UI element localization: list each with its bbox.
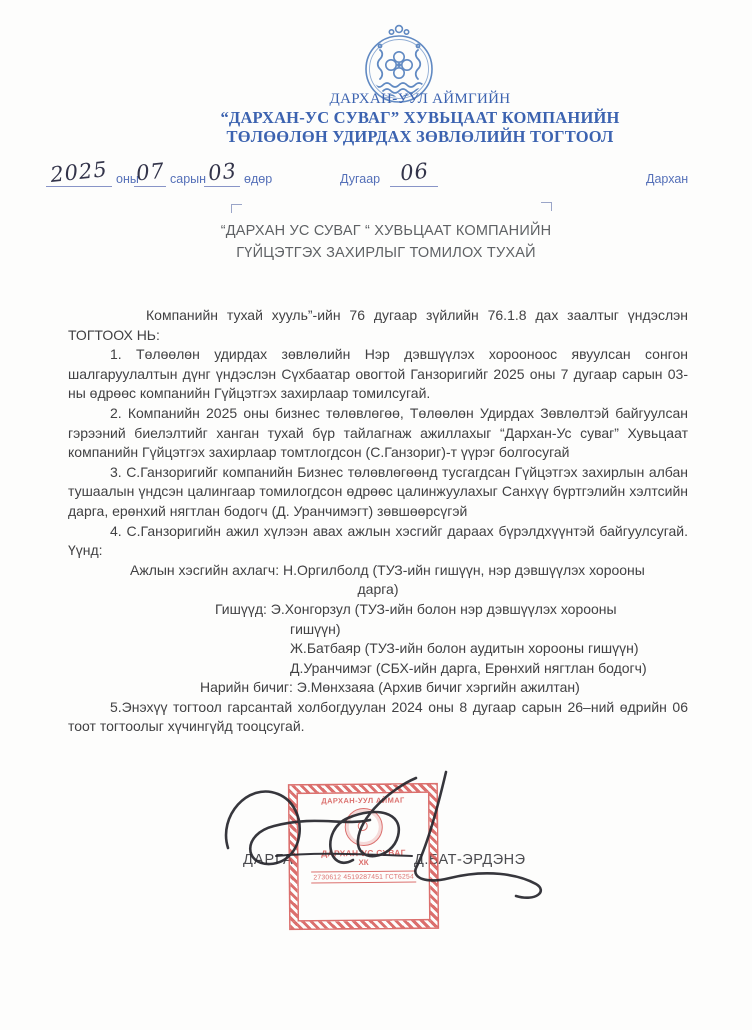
crop-mark-left-icon bbox=[231, 204, 242, 213]
workgroup-secretary-line: Нарийн бичиг: Э.Мөнхзаяа (Архив бичиг хэ… bbox=[68, 678, 688, 698]
workgroup-member-line-1-cont: гишүүн) bbox=[68, 620, 688, 640]
city-label: Дархан bbox=[646, 172, 688, 186]
document-title-line1: “ДАРХАН УС СУВАГ “ ХУВЬЦААТ КОМПАНИЙН bbox=[66, 221, 706, 243]
workgroup-leader-line: Ажлын хэсгийн ахлагч: Н.Оргилболд (ТУЗ-и… bbox=[68, 561, 688, 581]
day-blank: 03 bbox=[204, 158, 240, 187]
letterhead-aimag: ДАРХАН-УУЛ АЙМГИЙН bbox=[90, 90, 750, 108]
month-blank: 07 bbox=[134, 158, 166, 187]
month-label: сарын bbox=[170, 172, 206, 186]
paragraph-1: 1. Төлөөлөн удирдах зөвлөлийн Нэр дэвшүү… bbox=[68, 345, 688, 404]
workgroup-member-line-3: Д.Уранчимэг (СБХ-ийн дарга, Ерөнхий нягт… bbox=[68, 659, 688, 679]
letterhead: ДАРХАН-УУЛ АЙМГИЙН “ДАРХАН-УС СУВАГ” ХУВ… bbox=[90, 90, 750, 146]
month-handwritten: 07 bbox=[135, 159, 166, 186]
paragraph-2: 2. Компанийн 2025 оны бизнес төлөвлөгөө,… bbox=[68, 404, 688, 463]
day-handwritten: 03 bbox=[207, 159, 238, 186]
number-label: Дугаар bbox=[340, 172, 380, 186]
year-handwritten: 2025 bbox=[49, 157, 109, 187]
paragraph-closing: 5.Энэхүү тогтоол гарсантай холбогдуулан … bbox=[68, 698, 688, 737]
document-page: ДАРХАН-УУЛ АЙМГИЙН “ДАРХАН-УС СУВАГ” ХУВ… bbox=[0, 0, 752, 1030]
number-handwritten: 06 bbox=[399, 159, 430, 186]
workgroup-member-line-1: Гишүүд: Э.Хонгорзул (ТУЗ-ийн болон нэр д… bbox=[68, 600, 688, 620]
signature-scrawl bbox=[216, 768, 564, 910]
dateline: 2025 оны 07 сарын 03 өдөр Дугаар 06 Дарх… bbox=[0, 152, 752, 194]
letterhead-company: “ДАРХАН-УС СУВАГ” ХУВЬЦААТ КОМПАНИЙН bbox=[90, 108, 750, 127]
workgroup-leader-line-cont: дарга) bbox=[68, 580, 688, 600]
crop-mark-right-icon bbox=[541, 202, 552, 211]
number-blank: 06 bbox=[390, 158, 438, 187]
paragraph-3: 3. С.Ганзоригийг компанийн Бизнес төлөвл… bbox=[68, 463, 688, 522]
letterhead-doc-type: ТӨЛӨӨЛӨН УДИРДАХ ЗӨВЛӨЛИЙН ТОГТООЛ bbox=[90, 127, 750, 146]
workgroup-list: Ажлын хэсгийн ахлагч: Н.Оргилболд (ТУЗ-и… bbox=[68, 561, 688, 698]
document-title: “ДАРХАН УС СУВАГ “ ХУВЬЦААТ КОМПАНИЙН ГҮ… bbox=[66, 221, 706, 264]
paragraph-basis: Компанийн тухай хууль”-ийн 76 дугаар зүй… bbox=[68, 306, 688, 345]
paragraph-4: 4. С.Ганзоригийн ажил хүлээн авах ажлын … bbox=[68, 522, 688, 561]
document-title-line2: ГҮЙЦЭТГЭХ ЗАХИРЛЫГ ТОМИЛОХ ТУХАЙ bbox=[66, 243, 706, 265]
workgroup-member-line-2: Ж.Батбаяр (ТУЗ-ийн болон аудитын хорооны… bbox=[68, 639, 688, 659]
year-blank: 2025 bbox=[46, 158, 112, 187]
day-label: өдөр bbox=[244, 172, 272, 186]
document-body: Компанийн тухай хууль”-ийн 76 дугаар зүй… bbox=[68, 306, 688, 737]
